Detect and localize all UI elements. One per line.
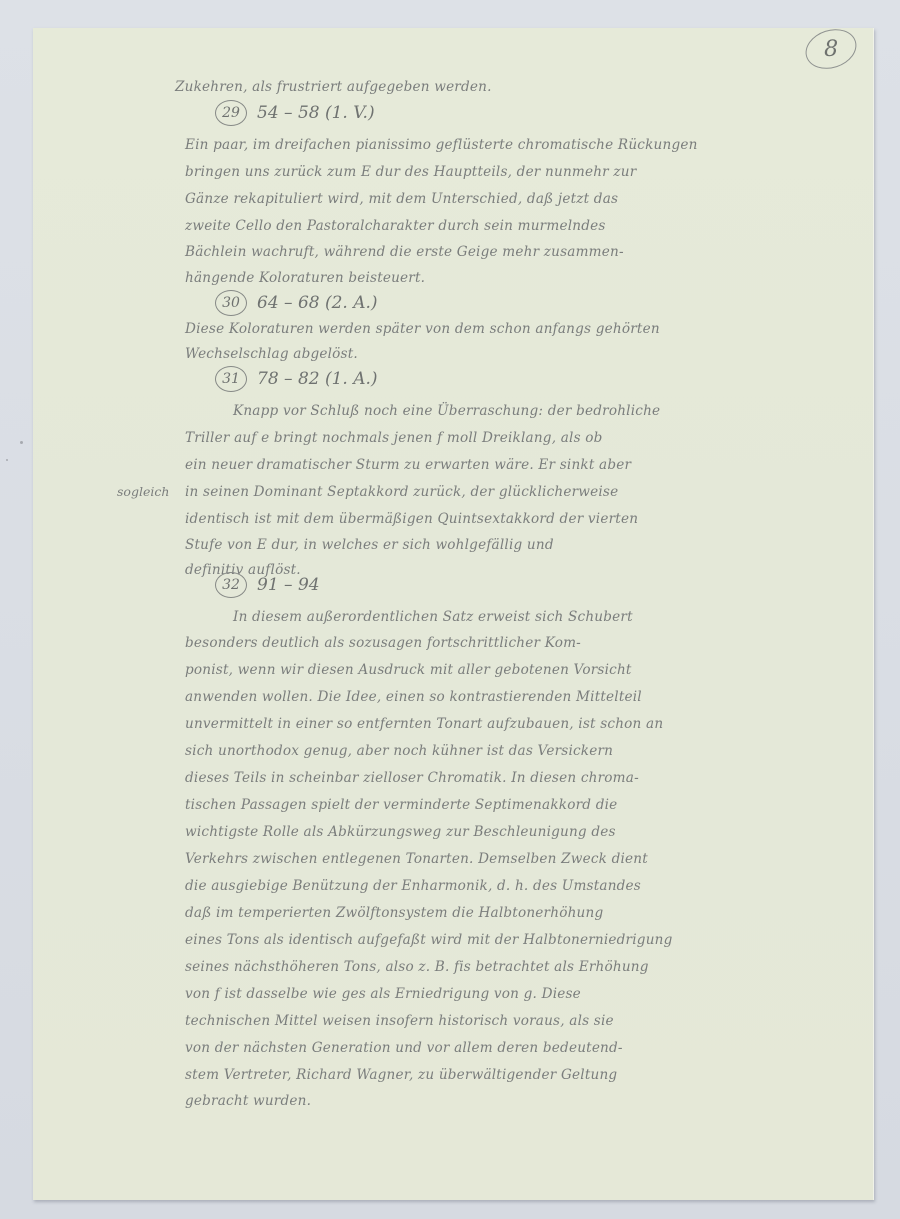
measure-range: 54 – 58 (1. V.) <box>257 103 375 123</box>
text-line: Wechselschlag abgelöst. <box>185 345 358 363</box>
section-number: 31 <box>215 366 247 392</box>
section-number: 32 <box>215 572 247 598</box>
section-heading-30: 30 64 – 68 (2. A.) <box>215 290 378 316</box>
text-line: wichtigste Rolle als Abkürzungsweg zur B… <box>185 823 616 841</box>
opening-line: Zukehren, als frustriert aufgegeben werd… <box>175 78 492 96</box>
page-number: 8 <box>824 37 838 62</box>
text-line: identisch ist mit dem übermäßigen Quints… <box>185 510 638 528</box>
text-line: stem Vertreter, Richard Wagner, zu überw… <box>185 1066 617 1084</box>
text-line: tischen Passagen spielt der verminderte … <box>185 796 617 814</box>
section-heading-31: 31 78 – 82 (1. A.) <box>215 366 378 392</box>
page-number-circle: 8 <box>800 23 861 75</box>
text-line: zweite Cello den Pastoralcharakter durch… <box>185 217 606 235</box>
text-line: die ausgiebige Benützung der Enharmonik,… <box>185 877 641 895</box>
text-line: Diese Koloraturen werden später von dem … <box>185 320 660 338</box>
manuscript-page: 8 Zukehren, als frustriert aufgegeben we… <box>33 28 874 1200</box>
section-number: 30 <box>215 290 247 316</box>
text-line: Verkehrs zwischen entlegenen Tonarten. D… <box>185 850 648 868</box>
text-line: gebracht wurden. <box>185 1092 311 1110</box>
text-line: In diesem außerordentlichen Satz erweist… <box>233 608 633 626</box>
dust-speck <box>6 459 8 461</box>
text-line: von der nächsten Generation und vor alle… <box>185 1039 623 1057</box>
section-number: 29 <box>215 100 247 126</box>
text-line: hängende Koloraturen beisteuert. <box>185 269 425 287</box>
text-line: bringen uns zurück zum E dur des Hauptte… <box>185 163 636 181</box>
text-line: daß im temperierten Zwölftonsystem die H… <box>185 904 603 922</box>
text-line: von f ist dasselbe wie ges als Erniedrig… <box>185 985 581 1003</box>
measure-range: 78 – 82 (1. A.) <box>257 369 378 389</box>
text-line: technischen Mittel weisen insofern histo… <box>185 1012 614 1030</box>
text-line: Stufe von E dur, in welches er sich wohl… <box>185 536 554 554</box>
margin-note: sogleich <box>117 484 169 499</box>
text-line: in seinen Dominant Septakkord zurück, de… <box>185 483 618 501</box>
text-line: Triller auf e bringt nochmals jenen f mo… <box>185 429 603 447</box>
text-line: dieses Teils in scheinbar zielloser Chro… <box>185 769 639 787</box>
text-line: Knapp vor Schluß noch eine Überraschung:… <box>233 402 660 420</box>
text-line: Gänze rekapituliert wird, mit dem Unters… <box>185 190 618 208</box>
dust-speck <box>20 441 23 444</box>
section-heading-29: 29 54 – 58 (1. V.) <box>215 100 375 126</box>
text-line: unvermittelt in einer so entfernten Tona… <box>185 715 663 733</box>
text-line: Bächlein wachruft, während die erste Gei… <box>185 243 624 261</box>
measure-range: 64 – 68 (2. A.) <box>257 293 378 313</box>
text-line: Ein paar, im dreifachen pianissimo geflü… <box>185 136 698 154</box>
text-line: besonders deutlich als sozusagen fortsch… <box>185 634 581 652</box>
text-line: seines nächsthöheren Tons, also z. B. fi… <box>185 958 649 976</box>
text-line: eines Tons als identisch aufgefaßt wird … <box>185 931 673 949</box>
text-line: ponist, wenn wir diesen Ausdruck mit all… <box>185 661 632 679</box>
measure-range: 91 – 94 <box>257 575 320 595</box>
section-heading-32: 32 91 – 94 <box>215 572 320 598</box>
text-line: anwenden wollen. Die Idee, einen so kont… <box>185 688 642 706</box>
text-line: ein neuer dramatischer Sturm zu erwarten… <box>185 456 631 474</box>
text-line: sich unorthodox genug, aber noch kühner … <box>185 742 613 760</box>
